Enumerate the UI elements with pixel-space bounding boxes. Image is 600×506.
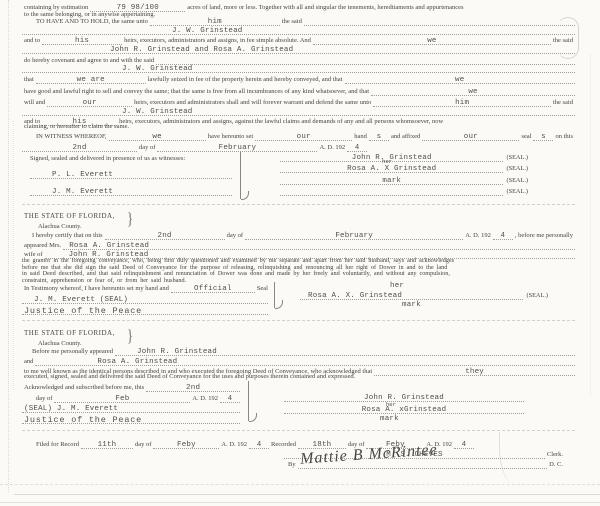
right-edge-dotted-line — [590, 55, 591, 395]
typed-entry: our — [297, 133, 311, 141]
typed-entry: J. M. Everett — [52, 188, 113, 196]
blank-line: Justice of the Peace — [22, 305, 268, 315]
deputy-clerk-line: By D. C. — [22, 460, 575, 469]
form-line: and Rosa A. Grinstead — [22, 357, 575, 366]
form-line: have good and lawful right to sell and c… — [22, 87, 575, 96]
blank-line: 4 — [249, 439, 269, 449]
signature-line: Rosa A. her X Grinstead (SEAL.) — [280, 164, 530, 173]
section-separator — [22, 320, 575, 321]
her-label-line: her — [300, 283, 544, 289]
curly-brace: } — [127, 325, 133, 347]
typed-entry: 2nd — [72, 144, 86, 152]
typed-entry: John R. Grinstead — [137, 348, 217, 356]
typed-entry: 2nd — [186, 384, 200, 392]
form-text: A. D. 192 — [317, 144, 347, 152]
form-line: In Testimony whereof, I have hereunto se… — [22, 284, 270, 293]
form-text: day of — [225, 232, 245, 240]
form-text: Clerk. — [545, 451, 565, 459]
witness-line: J. M. Everett — [30, 187, 232, 196]
her-mark-stack: her X — [382, 160, 392, 172]
form-text: A. D. 192 — [190, 395, 220, 403]
blank-line: 4 — [493, 230, 513, 240]
typed-entry: 4 — [355, 144, 360, 152]
form-text: on this — [553, 133, 575, 141]
blank-line: J. M. Everett — [30, 186, 232, 196]
form-text: Acknowledged and subscribed before me, t… — [22, 384, 146, 392]
form-line: that we are lawfully seized in fee of th… — [22, 75, 575, 84]
blank-line: our — [422, 131, 519, 141]
typed-entry: her — [390, 282, 404, 290]
blank-line: we — [345, 74, 576, 84]
typed-entry: mark — [380, 415, 399, 423]
form-line: claiming, or hereafter to claim the same… — [22, 124, 575, 131]
typed-entry: J. W. Grinstead — [122, 108, 193, 116]
form-text: A. D. 192 — [219, 441, 249, 449]
blank-line: 2nd — [22, 142, 137, 152]
typed-entry: John R. Grinstead — [364, 394, 444, 402]
form-text: Filed for Record — [22, 441, 81, 449]
typed-entry: 4 — [501, 232, 506, 240]
form-text: Alachua County. — [22, 223, 84, 231]
form-text: Signed, sealed and delivered in presence… — [22, 155, 187, 163]
typed-entry: X — [385, 165, 390, 173]
typed-entry: mark — [402, 301, 421, 309]
typed-entry: Rosa A. xGrinstead — [362, 406, 447, 414]
typed-entry: Official — [194, 285, 232, 293]
form-text: A. D. 192 — [463, 232, 493, 240]
form-line: J. W. Grinstead — [22, 107, 575, 116]
form-text: Recorded — [269, 441, 298, 449]
signature-line: Rosa A. xGrinstead — [284, 405, 524, 414]
form-text: and — [22, 358, 35, 366]
form-line: 2nd day of February A. D. 192 4 — [22, 143, 575, 152]
signature-line: (SEAL.) — [280, 187, 530, 196]
typed-entry: Justice of the Peace — [24, 307, 142, 315]
typed-entry: Grinstead — [394, 165, 436, 173]
blank-line: Rosa A. xGrinstead — [284, 404, 524, 414]
typed-entry: Rosa A. — [347, 165, 380, 173]
blank-line: Rosa A. her X Grinstead — [280, 163, 503, 173]
blank-line: Rosa A. Grinstead — [35, 356, 575, 366]
form-text: Before me personally appeared — [22, 348, 115, 356]
blank-line: J. W. Grinstead — [22, 63, 575, 73]
blank-line: we are — [36, 74, 146, 84]
typed-entry: s — [541, 133, 546, 141]
blank-line: Official — [171, 283, 255, 293]
typed-entry: 2nd — [158, 232, 172, 240]
form-line: John R. Grinstead and Rosa A. Grinstead — [22, 45, 575, 54]
seal-label: (SEAL.) — [503, 154, 530, 162]
blank-line: John R. Grinstead — [115, 346, 575, 356]
form-text: that — [22, 76, 36, 84]
typed-entry: P. L. Everett — [52, 171, 113, 179]
form-line: J. W. Grinstead — [22, 64, 575, 73]
filed-for-record-line: Filed for Record 11th day of Feby A. D. … — [22, 440, 575, 449]
seal-label: (SEAL.) — [503, 177, 530, 185]
form-text: and affixed — [389, 133, 422, 141]
officer-title-line: Justice of the Peace — [22, 415, 240, 424]
typed-entry: Rosa A. X. Grinstead — [308, 292, 402, 300]
typed-entry: Feby — [177, 441, 196, 449]
typed-entry: her — [382, 160, 392, 164]
scanned-deed-page: containing by estimation 79 98/100 acres… — [0, 0, 600, 506]
document-content: containing by estimation 79 98/100 acres… — [22, 0, 575, 506]
blank-line — [280, 186, 503, 196]
form-line: day of Feb A. D. 192 4 — [22, 394, 240, 403]
seal-label: (SEAL.) — [503, 188, 530, 196]
blank-line: Rosa A. X. Grinstead — [300, 290, 523, 300]
left-binding-dotted-line — [8, 0, 9, 492]
typed-entry: Justice of the Peace — [24, 416, 142, 424]
typed-entry: J. W. Grinstead — [172, 27, 243, 35]
section-separator — [22, 204, 575, 205]
blank-line: Feby — [153, 439, 219, 449]
typed-entry: (SEAL) J. M. Everett — [24, 405, 118, 413]
officer-signature-line: J. M. Everett (SEAL) — [22, 295, 268, 304]
typed-entry: we — [455, 76, 464, 84]
blank-line: s — [533, 131, 553, 141]
form-text: , before me personally — [513, 232, 575, 240]
form-line: executed, signed, sealed and delivered t… — [22, 374, 575, 381]
form-line: IN WITNESS WHEREOF, we have hereunto set… — [22, 132, 575, 141]
typed-entry: we — [468, 88, 477, 96]
blank-line: John R. Grinstead and Rosa A. Grinstead — [22, 44, 575, 54]
form-text: executed, signed, sealed and delivered t… — [22, 373, 357, 381]
form-text: day of — [22, 395, 54, 403]
divider-hook — [249, 413, 257, 422]
typed-entry: 11th — [98, 441, 117, 449]
typed-entry: Rosa A. Grinstead — [97, 358, 177, 366]
typed-entry: February — [335, 232, 373, 240]
typed-entry: 4 — [257, 441, 262, 449]
typed-entry: s — [377, 133, 382, 141]
left-binding-dotted-line-2 — [13, 120, 14, 390]
divider-hook — [241, 191, 249, 200]
form-text: By — [286, 461, 298, 469]
typed-entry: mark — [382, 177, 401, 185]
blank-line: J. W. Grinstead — [22, 106, 575, 116]
form-line: I hereby certify that on this 2nd day of… — [22, 231, 575, 240]
blank-line: February — [157, 142, 317, 152]
typed-entry: we — [152, 133, 161, 141]
form-text: THE STATE OF FLORIDA, — [22, 212, 117, 220]
blank-line: 2nd — [105, 230, 225, 240]
blank-line: Feb — [54, 393, 190, 403]
state-heading: THE STATE OF FLORIDA, — [22, 328, 575, 337]
clerk-line: M. S. CHEVES Clerk. — [22, 450, 575, 459]
curly-brace: } — [127, 208, 133, 230]
signature-line: John R. Grinstead (SEAL.) — [280, 153, 530, 162]
blank-line: Justice of the Peace — [22, 414, 240, 424]
blank-line: February — [245, 230, 463, 240]
divider-hook — [275, 300, 283, 309]
blank-line: we — [109, 131, 206, 141]
typed-entry: John R. Grinstead and Rosa A. Grinstead — [110, 46, 293, 54]
form-text: have good and lawful right to sell and c… — [22, 88, 371, 96]
mark-label-line: mark — [284, 415, 524, 422]
blank-line: mark — [280, 175, 503, 185]
form-text: seal — [519, 133, 533, 141]
form-text: day of — [137, 144, 157, 152]
typed-entry: February — [219, 144, 257, 152]
seal-label: (SEAL.) — [503, 165, 530, 173]
form-text: hand — [352, 133, 369, 141]
seal-label: (SEAL.) — [523, 292, 550, 300]
form-line: Before me personally appeared John R. Gr… — [22, 347, 575, 356]
officer-title-line: Justice of the Peace — [22, 306, 268, 315]
blank-line: John R. Grinstead — [284, 392, 524, 402]
blank-line: J. M. Everett (SEAL) — [22, 294, 268, 304]
form-text: Seal — [255, 285, 270, 293]
form-line: J. W. Grinstead — [22, 26, 575, 35]
witness-heading: Signed, sealed and delivered in presence… — [22, 154, 252, 163]
blank-line: (SEAL) J. M. Everett — [22, 403, 240, 413]
typed-entry: we are — [77, 76, 105, 84]
form-text: day of — [133, 441, 153, 449]
form-text: IN WITNESS WHEREOF, — [22, 133, 109, 141]
blank-line: 4 — [220, 393, 240, 403]
signature-line: mark (SEAL.) — [280, 176, 530, 185]
blank-line: 2nd — [146, 382, 240, 392]
typed-entry: J. W. Grinstead — [122, 65, 193, 73]
form-text: claiming, or hereafter to claim the same… — [22, 123, 131, 131]
form-text: THE STATE OF FLORIDA, — [22, 329, 117, 337]
form-text: D. C. — [547, 461, 565, 469]
form-line: Acknowledged and subscribed before me, t… — [22, 383, 240, 392]
blank-line: 4 — [454, 439, 474, 449]
blank-line: our — [255, 131, 352, 141]
witness-line: P. L. Everett — [30, 170, 232, 179]
form-text: have hereunto set — [206, 133, 255, 141]
blank-line: J. W. Grinstead — [22, 25, 575, 35]
form-text: lawfully seized in fee of the property h… — [146, 76, 345, 84]
typed-entry: 4 — [462, 441, 467, 449]
section-separator — [22, 430, 575, 431]
typed-entry: 4 — [228, 395, 233, 403]
signature-line: John R. Grinstead — [284, 393, 524, 402]
blank-line: s — [369, 131, 389, 141]
blank-line: 4 — [347, 142, 367, 152]
typed-entry: our — [464, 133, 478, 141]
blank-line: 11th — [81, 439, 133, 449]
state-heading: THE STATE OF FLORIDA, — [22, 211, 575, 220]
mark-label-line: mark — [300, 301, 544, 308]
officer-signature-line: (SEAL) J. M. Everett — [22, 404, 240, 413]
typed-entry: Feb — [115, 395, 129, 403]
signature-line: Rosa A. X. Grinstead (SEAL.) — [300, 291, 550, 300]
form-text: In Testimony whereof, I have hereunto se… — [22, 285, 171, 293]
form-text: I hereby certify that on this — [22, 232, 105, 240]
blank-line: we — [371, 86, 575, 96]
typed-entry: J. M. Everett (SEAL) — [34, 296, 128, 304]
blank-line: P. L. Everett — [30, 169, 232, 179]
